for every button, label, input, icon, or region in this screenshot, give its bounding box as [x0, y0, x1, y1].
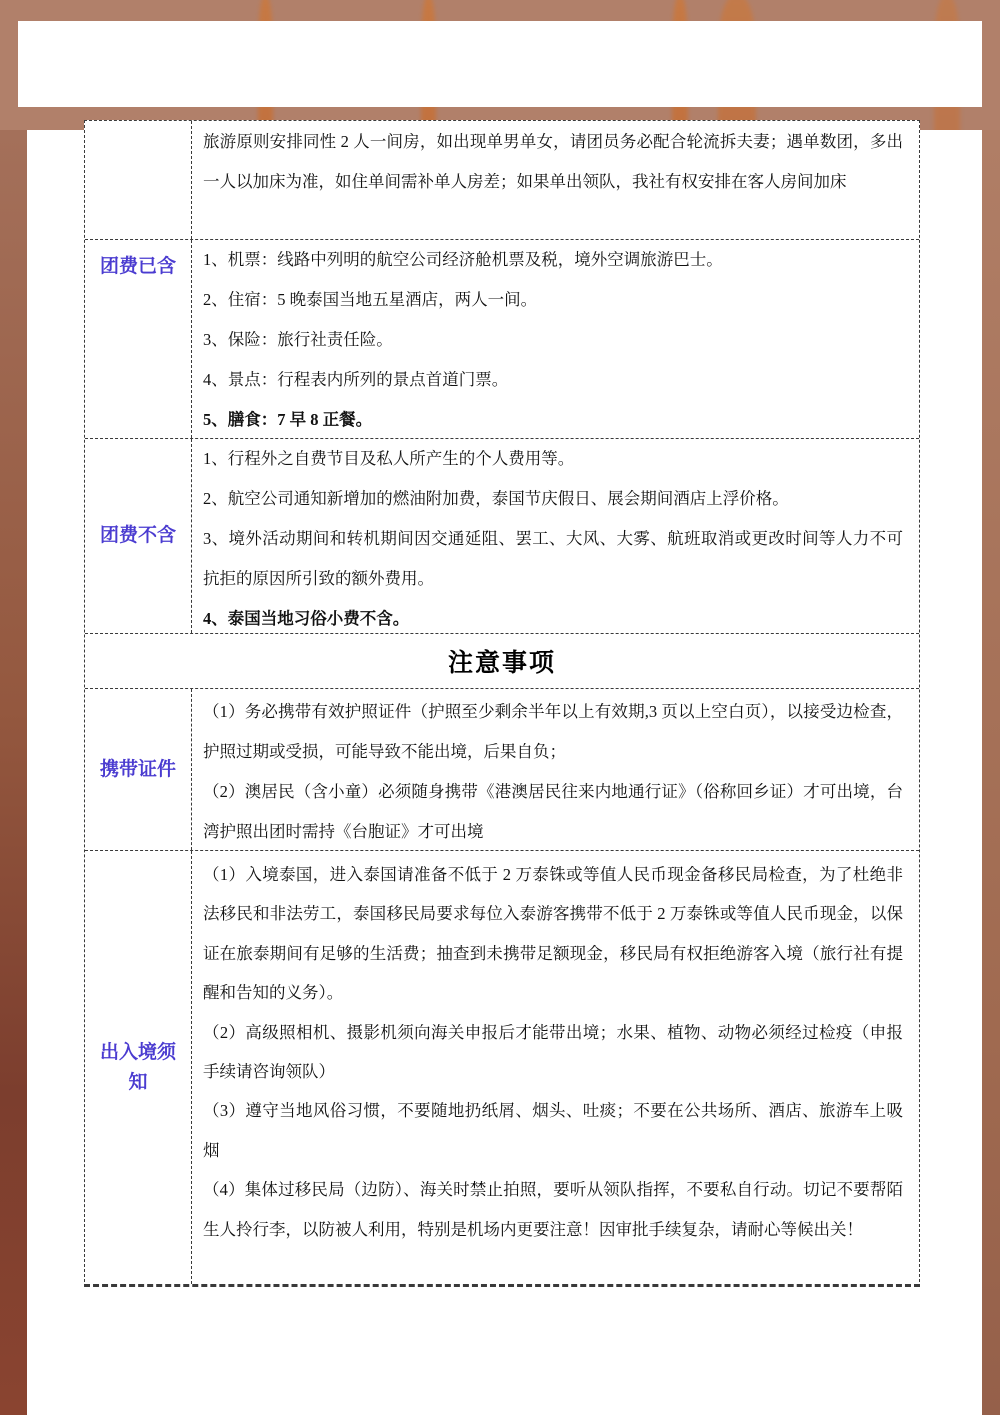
row-paragraph: 4、景点：行程表内所列的景点首道门票。: [203, 360, 903, 400]
tour-notes-table: 旅游原则安排同性 2 人一间房，如出现单男单女，请团员务必配合轮流拆夫妻；遇单数…: [84, 120, 920, 1287]
row-paragraph: （2）澳居民（含小童）必须随身携带《港澳居民往来内地通行证》（俗称回乡证）才可出…: [203, 772, 903, 852]
row-body: （1）务必携带有效护照证件（护照至少剩余半年以上有效期,3 页以上空白页），以接…: [192, 689, 919, 850]
row-label: 团费已含: [85, 240, 192, 438]
row-paragraph: 1、行程外之自费节目及私人所产生的个人费用等。: [203, 439, 903, 479]
row-label: 出入境须知: [85, 851, 192, 1284]
table-row-fee-excluded: 团费不含 1、行程外之自费节目及私人所产生的个人费用等。 2、航空公司通知新增加…: [85, 438, 919, 633]
row-paragraph: 1、机票：线路中列明的航空公司经济舱机票及税，境外空调旅游巴士。: [203, 240, 903, 280]
table-row-room-policy: 旅游原则安排同性 2 人一间房，如出现单男单女，请团员务必配合轮流拆夫妻；遇单数…: [85, 121, 919, 239]
row-paragraph: 3、保险：旅行社责任险。: [203, 320, 903, 360]
row-paragraph: 5、膳食：7 早 8 正餐。: [203, 400, 903, 440]
table-row-documents: 携带证件 （1）务必携带有效护照证件（护照至少剩余半年以上有效期,3 页以上空白…: [85, 688, 919, 850]
row-paragraph: 旅游原则安排同性 2 人一间房，如出现单男单女，请团员务必配合轮流拆夫妻；遇单数…: [203, 122, 903, 202]
row-label-text: 携带证件: [96, 755, 180, 785]
table-row-fee-included: 团费已含 1、机票：线路中列明的航空公司经济舱机票及税，境外空调旅游巴士。 2、…: [85, 239, 919, 438]
background-left-strip: [0, 130, 27, 1415]
section-title: 注意事项: [85, 634, 919, 688]
row-body: （1）入境泰国，进入泰国请准备不低于 2 万泰铢或等值人民币现金备移民局检查，为…: [192, 851, 919, 1284]
table-row-section-title: 注意事项: [85, 633, 919, 688]
row-paragraph: （2）高级照相机、摄影机须向海关申报后才能带出境；水果、植物、动物必须经过检疫（…: [203, 1013, 903, 1092]
row-paragraph: 4、泰国当地习俗小费不含。: [203, 599, 903, 639]
header-blank-box: [18, 21, 982, 107]
row-label: 团费不含: [85, 439, 192, 633]
row-body: 1、行程外之自费节目及私人所产生的个人费用等。 2、航空公司通知新增加的燃油附加…: [192, 439, 919, 633]
row-label-empty: [85, 121, 192, 239]
table-row-entry-exit-notice: 出入境须知 （1）入境泰国，进入泰国请准备不低于 2 万泰铢或等值人民币现金备移…: [85, 850, 919, 1284]
row-paragraph: （4）集体过移民局（边防）、海关时禁止拍照，要听从领队指挥，不要私自行动。切记不…: [203, 1170, 903, 1249]
background-right-strip: [982, 130, 1000, 1415]
row-paragraph: 2、住宿：5 晚泰国当地五星酒店，两人一间。: [203, 280, 903, 320]
row-paragraph: 2、航空公司通知新增加的燃油附加费，泰国节庆假日、展会期间酒店上浮价格。: [203, 479, 903, 519]
row-paragraph: 3、境外活动期间和转机期间因交通延阻、罢工、大风、大雾、航班取消或更改时间等人力…: [203, 519, 903, 599]
row-paragraph: （1）务必携带有效护照证件（护照至少剩余半年以上有效期,3 页以上空白页），以接…: [203, 692, 903, 772]
row-paragraph: （3）遵守当地风俗习惯，不要随地扔纸屑、烟头、吐痰；不要在公共场所、酒店、旅游车…: [203, 1091, 903, 1170]
row-label: 携带证件: [85, 689, 192, 850]
row-body: 1、机票：线路中列明的航空公司经济舱机票及税，境外空调旅游巴士。 2、住宿：5 …: [192, 240, 919, 438]
row-body: 旅游原则安排同性 2 人一间房，如出现单男单女，请团员务必配合轮流拆夫妻；遇单数…: [192, 121, 919, 239]
row-label-text: 出入境须知: [96, 1038, 180, 1098]
row-paragraph: （1）入境泰国，进入泰国请准备不低于 2 万泰铢或等值人民币现金备移民局检查，为…: [203, 855, 903, 1013]
row-label-text: 团费已含: [96, 252, 180, 282]
row-label-text: 团费不含: [96, 521, 180, 551]
document-page: 旅游原则安排同性 2 人一间房，如出现单男单女，请团员务必配合轮流拆夫妻；遇单数…: [0, 0, 1000, 1415]
